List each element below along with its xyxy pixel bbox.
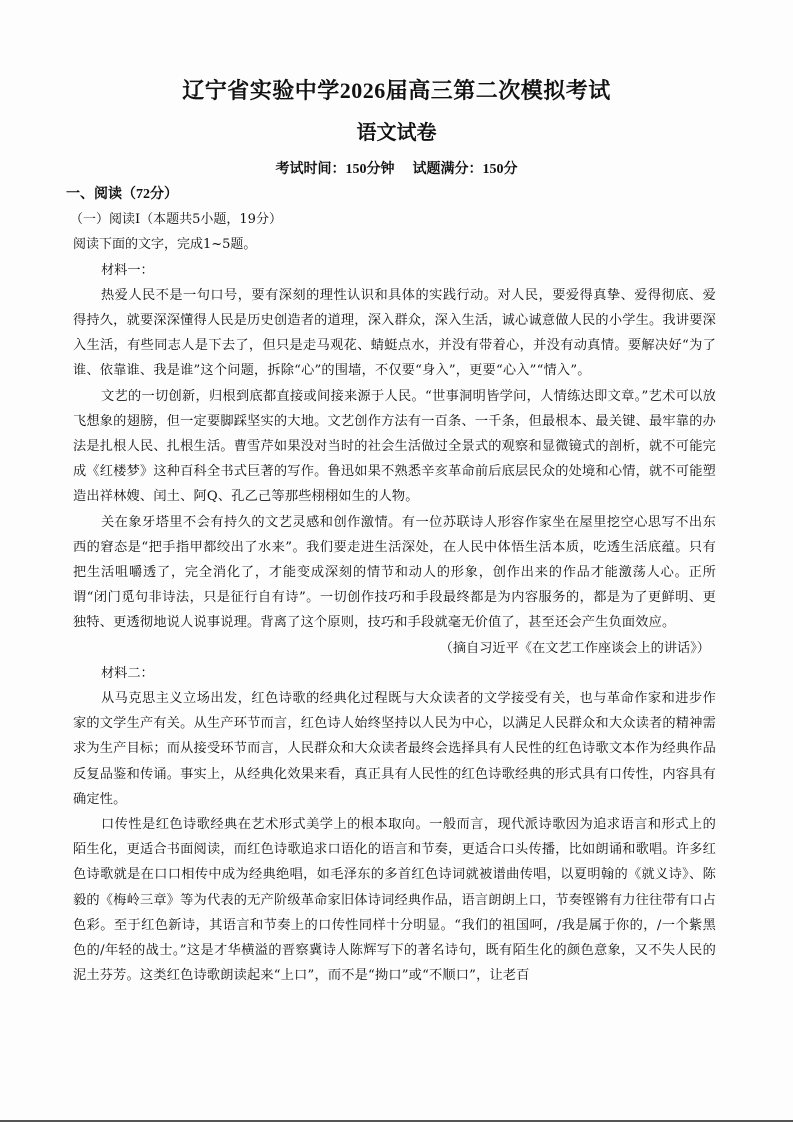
material-one-label: 材料一：: [73, 258, 716, 283]
material-two-paragraph: 口传性是红色诗歌经典在艺术形式美学上的根本取向。一般而言，现代派诗歌因为追求语言…: [73, 812, 716, 988]
material-one-paragraph: 热爱人民不是一句口号，要有深刻的理性认识和具体的实践行动。对人民，要爱得真挚、爱…: [73, 283, 716, 384]
material-one-paragraph: 关在象牙塔里不会有持久的文艺灵感和创作激情。有一位苏联诗人形容作家坐在屋里挖空心…: [73, 510, 716, 636]
reading-instruction: 阅读下面的文字，完成1~5题。: [73, 232, 716, 257]
subsection-heading: （一）阅读Ⅰ（本题共5小题，19分）: [70, 207, 716, 232]
full-score: 试题满分：150分: [413, 162, 518, 177]
exam-info: 考试时间：150分钟试题满分：150分: [0, 158, 793, 178]
exam-subtitle: 语文试卷: [0, 116, 793, 145]
section-heading: 一、阅读（72分）: [66, 182, 716, 207]
exam-page: 辽宁省实验中学2026届高三第二次模拟考试 语文试卷 考试时间：150分钟试题满…: [0, 0, 793, 1120]
exam-content: 一、阅读（72分） （一）阅读Ⅰ（本题共5小题，19分） 阅读下面的文字，完成1…: [73, 182, 716, 989]
material-one-citation: （摘自习近平《在文艺工作座谈会上的讲话》）: [73, 636, 716, 661]
material-two-label: 材料二：: [73, 661, 716, 686]
exam-title: 辽宁省实验中学2026届高三第二次模拟考试: [0, 74, 793, 105]
exam-time: 考试时间：150分钟: [276, 162, 395, 177]
material-one-paragraph: 文艺的一切创新，归根到底都直接或间接来源于人民。“世事洞明皆学问，人情练达即文章…: [73, 384, 716, 510]
material-two-paragraph: 从马克思主义立场出发，红色诗歌的经典化过程既与大众读者的文学接受有关，也与革命作…: [73, 686, 716, 812]
